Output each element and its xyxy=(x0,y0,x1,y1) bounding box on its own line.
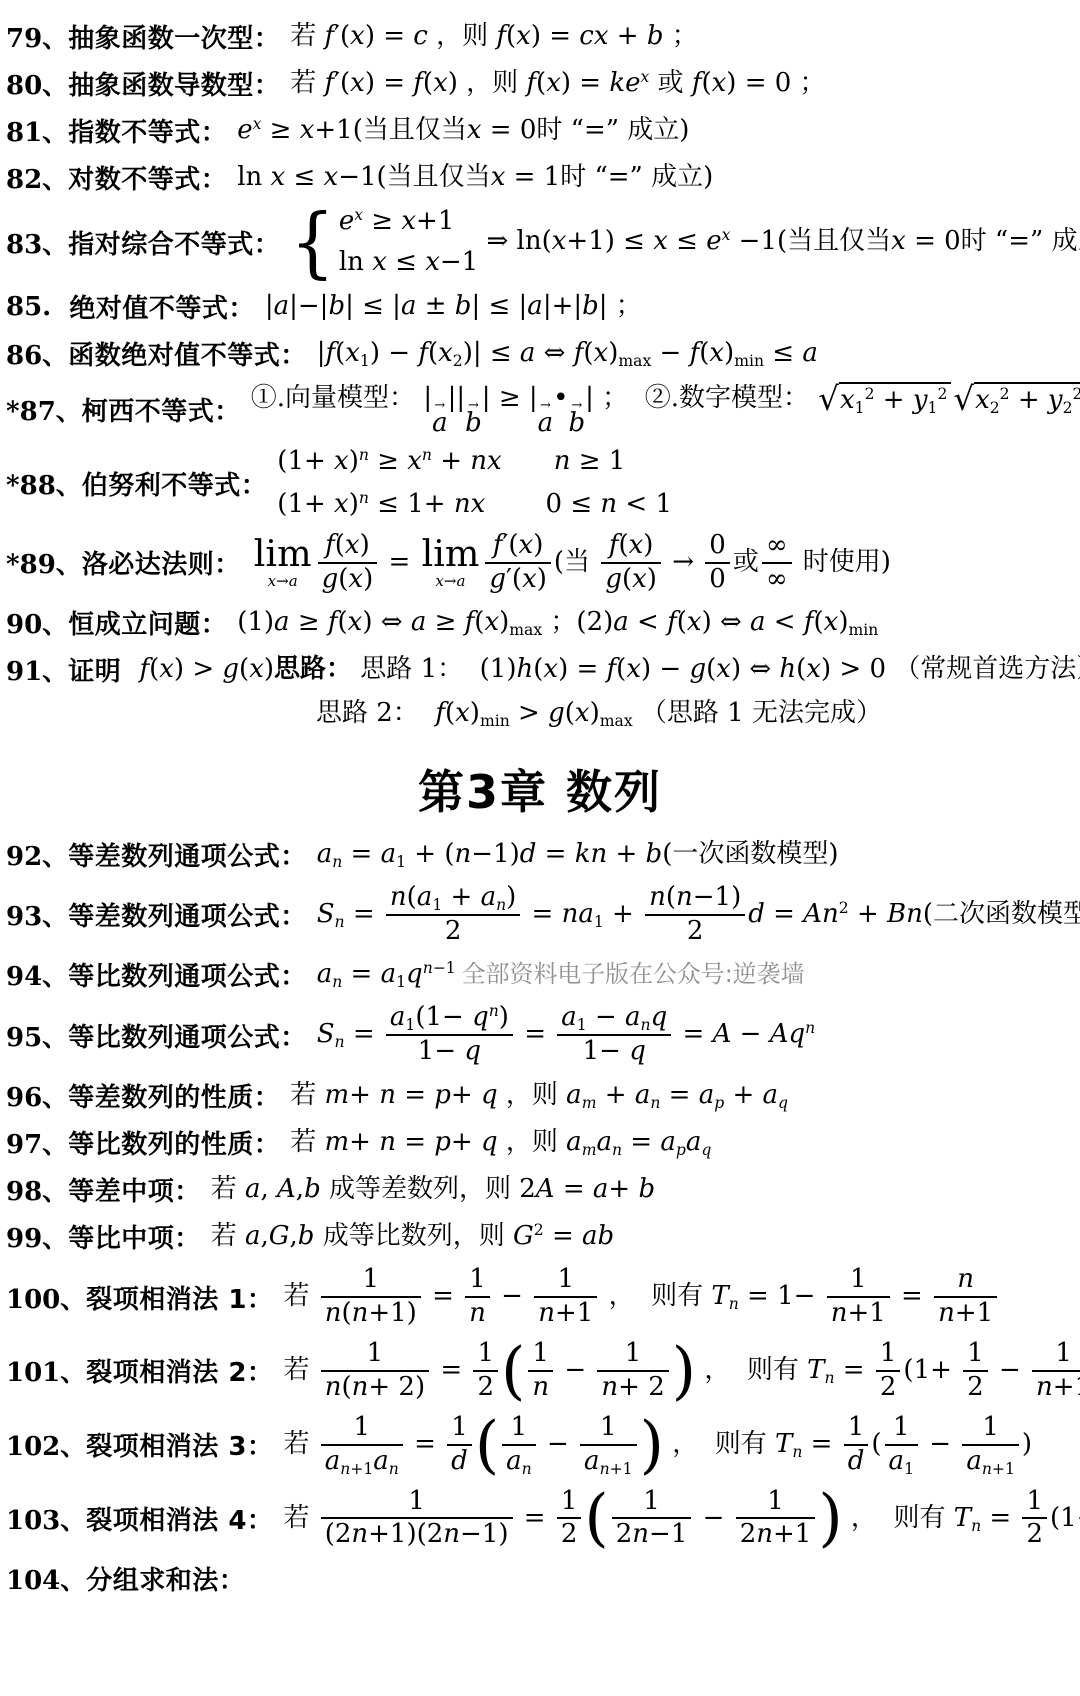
formula-item: 98、 等差中项： 若 a, A,b 成等差数列，则 2A = a+ b xyxy=(6,1171,1074,1208)
item-label: 证明 xyxy=(68,651,121,688)
item-formula: 若 1(2n+1)(2n−1) = 12(12n−1 − 12n+1) ， 则有… xyxy=(283,1487,1080,1551)
item-formula: (1)a ≥ f(x) ⇔ a ≥ f(x)max ；(2)a < f(x) ⇔… xyxy=(237,607,878,638)
formula-item: 93、 等差数列通项公式： Sn = n(a1 + an)2 = na1 + n… xyxy=(6,883,1074,947)
item-formula: an = a1 + (n−1)d = kn + b(一次函数模型) xyxy=(317,839,839,870)
item-number: 91、 xyxy=(6,651,68,688)
formula-item: 83、 指对综合不等式： {ex ≥ x+1ln x ≤ x−1 ⇒ ln(x+… xyxy=(6,206,1074,278)
item-label: 裂项相消法 1： xyxy=(86,1279,273,1316)
item-formula: 若 a,G,b 成等比数列，则 G2 = ab xyxy=(211,1221,614,1252)
item-formula: ex ≥ x+1(当且仅当x = 0时 “=” 成立) xyxy=(237,115,689,146)
formula-item: 81、 指数不等式： ex ≥ x+1(当且仅当x = 0时 “=” 成立) xyxy=(6,112,1074,149)
item-number: 80、 xyxy=(6,65,68,102)
item-number: 96、 xyxy=(6,1077,68,1114)
item-number: 79、 xyxy=(6,18,68,55)
item-number: 82、 xyxy=(6,159,68,196)
formula-item: 102、 裂项相消法 3： 若 1an+1an = 1d(1an − 1an+1… xyxy=(6,1413,1074,1477)
item-label: 等比数列通项公式： xyxy=(68,956,307,993)
item-label: 柯西不等式： xyxy=(82,391,241,428)
item-number: *89、 xyxy=(6,544,82,581)
formula-item: 92、 等差数列通项公式： an = a1 + (n−1)d = kn + b(… xyxy=(6,836,1074,873)
item-label: 等差数列的性质： xyxy=(68,1077,280,1114)
item-formula: ln x ≤ x−1(当且仅当x = 1时 “=” 成立) xyxy=(237,162,713,193)
item-label: 对数不等式： xyxy=(68,159,227,196)
item-number: 99、 xyxy=(6,1218,68,1255)
chapter-heading: 第3章 数列 xyxy=(6,756,1074,822)
item-number: 92、 xyxy=(6,836,68,873)
item-formula: {ex ≥ x+1ln x ≤ x−1 ⇒ ln(x+1) ≤ x ≤ ex −… xyxy=(290,206,1080,278)
item-number: 104、 xyxy=(6,1560,86,1597)
item-number: 85. xyxy=(6,292,69,322)
formula-item: 99、 等比中项： 若 a,G,b 成等比数列，则 G2 = ab xyxy=(6,1218,1074,1255)
formula-item: *87、 柯西不等式： ①.向量模型： |→a||→b| ≥ |→a•→b| ；… xyxy=(6,382,1074,436)
item-label: 抽象函数导数型： xyxy=(68,65,280,102)
formula-item: 80、 抽象函数导数型： 若 f′(x) = f(x) ，则 f(x) = ke… xyxy=(6,65,1074,102)
item-label: 绝对值不等式： xyxy=(69,288,255,325)
item-formula: limx→af(x)g(x) = limx→af′(x)g′(x)(当 f(x)… xyxy=(251,531,891,595)
item-formula: f(x) > g(x)思路： 思路 1： (1)h(x) = f(x) − g(… xyxy=(131,654,1080,685)
item-label: 洛必达法则： xyxy=(82,544,241,581)
item-label: 伯努利不等式： xyxy=(82,465,268,502)
item-formula: |f(x1) − f(x2)| ≤ a ⇔ f(x)max − f(x)min … xyxy=(317,338,818,369)
item-formula: 若 m+ n = p+ q ，则 aman = apaq xyxy=(290,1127,711,1158)
item-formula: 若 1n(n+ 2) = 12(1n − 1n+ 2) ， 则有 Tn = 12… xyxy=(283,1339,1080,1403)
formula-item: 97、 等比数列的性质： 若 m+ n = p+ q ，则 aman = apa… xyxy=(6,1124,1074,1161)
item-formula: 若 m+ n = p+ q ，则 am + an = ap + aq xyxy=(290,1080,788,1111)
formula-item: 82、 对数不等式： ln x ≤ x−1(当且仅当x = 1时 “=” 成立) xyxy=(6,159,1074,196)
item-number: 81、 xyxy=(6,112,68,149)
item-formula: an = a1qn−1全部资料电子版在公众号:逆袭墙 xyxy=(317,959,805,990)
item-number: 94、 xyxy=(6,956,68,993)
item-label: 等差数列通项公式： xyxy=(68,836,307,873)
item-formula: 思路 2： f(x)min > g(x)max （思路 1 无法完成） xyxy=(316,698,882,729)
item-formula: |a|−|b| ≤ |a ± b| ≤ |a|+|b| ； xyxy=(265,291,642,322)
item-formula: (1+ x)n ≥ xn + nx n ≥ 1(1+ x)n ≤ 1+ nx 0… xyxy=(277,446,672,520)
item-formula: 若 1an+1an = 1d(1an − 1an+1) ， 则有 Tn = 1d… xyxy=(283,1413,1032,1477)
item-label: 指数不等式： xyxy=(68,112,227,149)
item-label: 裂项相消法 4： xyxy=(86,1500,273,1537)
item-label: 等比数列的性质： xyxy=(68,1124,280,1161)
formula-item: 103、 裂项相消法 4： 若 1(2n+1)(2n−1) = 12(12n−1… xyxy=(6,1487,1074,1551)
formula-sheet: 79、 抽象函数一次型： 若 f′(x) = c ，则 f(x) = cx + … xyxy=(0,0,1080,1615)
item-formula: Sn = a1(1− qn)1− q = a1 − anq1− q = A − … xyxy=(317,1003,815,1067)
item-number: 90、 xyxy=(6,604,68,641)
item-number: 98、 xyxy=(6,1171,68,1208)
item-label: 裂项相消法 2： xyxy=(86,1352,273,1389)
item-number: 95、 xyxy=(6,1017,68,1054)
item-formula: ①.向量模型： |→a||→b| ≥ |→a•→b| ； ②.数字模型： √x1… xyxy=(251,382,1080,436)
item-number: 103、 xyxy=(6,1500,86,1537)
formula-item: 85. 绝对值不等式： |a|−|b| ≤ |a ± b| ≤ |a|+|b| … xyxy=(6,288,1074,325)
formula-item: 90、 恒成立问题： (1)a ≥ f(x) ⇔ a ≥ f(x)max ；(2… xyxy=(6,604,1074,641)
item-label: 裂项相消法 3： xyxy=(86,1426,273,1463)
item-number: *87、 xyxy=(6,391,82,428)
item-number: 93、 xyxy=(6,896,68,933)
formula-item: *88、 伯努利不等式： (1+ x)n ≥ xn + nx n ≥ 1(1+ … xyxy=(6,446,1074,520)
formula-list: 79、 抽象函数一次型： 若 f′(x) = c ，则 f(x) = cx + … xyxy=(6,18,1074,1597)
item-formula: 若 1n(n+1) = 1n − 1n+1 ， 则有 Tn = 1− 1n+1 … xyxy=(283,1265,1000,1329)
formula-item: 101、 裂项相消法 2： 若 1n(n+ 2) = 12(1n − 1n+ 2… xyxy=(6,1339,1074,1403)
item-number: 83、 xyxy=(6,224,68,261)
item-label: 等差中项： xyxy=(68,1171,201,1208)
item-label: 等比数列通项公式： xyxy=(68,1017,307,1054)
formula-item: 100、 裂项相消法 1： 若 1n(n+1) = 1n − 1n+1 ， 则有… xyxy=(6,1265,1074,1329)
item-number: 100、 xyxy=(6,1279,86,1316)
item-number: 102、 xyxy=(6,1426,86,1463)
item-number: 97、 xyxy=(6,1124,68,1161)
formula-item: 86、 函数绝对值不等式： |f(x1) − f(x2)| ≤ a ⇔ f(x)… xyxy=(6,335,1074,372)
formula-item: 思路 2： f(x)min > g(x)max （思路 1 无法完成） xyxy=(6,698,1074,729)
formula-item: 95、 等比数列通项公式： Sn = a1(1− qn)1− q = a1 − … xyxy=(6,1003,1074,1067)
item-label: 抽象函数一次型： xyxy=(68,18,280,55)
item-formula: 若 a, A,b 成等差数列，则 2A = a+ b xyxy=(211,1174,655,1205)
item-number: 101、 xyxy=(6,1352,86,1389)
formula-item: 94、 等比数列通项公式： an = a1qn−1全部资料电子版在公众号:逆袭墙 xyxy=(6,956,1074,993)
item-formula: Sn = n(a1 + an)2 = na1 + n(n−1)2d = An2 … xyxy=(317,883,1080,947)
formula-item: 96、 等差数列的性质： 若 m+ n = p+ q ，则 am + an = … xyxy=(6,1077,1074,1114)
item-number: 86、 xyxy=(6,335,68,372)
item-label: 指对综合不等式： xyxy=(68,224,280,261)
item-label: 函数绝对值不等式： xyxy=(68,335,307,372)
item-label: 等差数列通项公式： xyxy=(68,896,307,933)
item-label: 恒成立问题： xyxy=(68,604,227,641)
item-formula: 若 f′(x) = c ，则 f(x) = cx + b ； xyxy=(290,21,698,52)
formula-item: *89、 洛必达法则： limx→af(x)g(x) = limx→af′(x)… xyxy=(6,531,1074,595)
item-label: 分组求和法： xyxy=(86,1560,245,1597)
item-number: *88、 xyxy=(6,465,82,502)
item-label: 等比中项： xyxy=(68,1218,201,1255)
formula-item: 91、 证明 f(x) > g(x)思路： 思路 1： (1)h(x) = f(… xyxy=(6,651,1074,688)
formula-item: 104、 分组求和法： xyxy=(6,1560,1074,1597)
item-formula: 若 f′(x) = f(x) ，则 f(x) = kex 或 f(x) = 0 … xyxy=(290,68,825,99)
formula-item: 79、 抽象函数一次型： 若 f′(x) = c ，则 f(x) = cx + … xyxy=(6,18,1074,55)
